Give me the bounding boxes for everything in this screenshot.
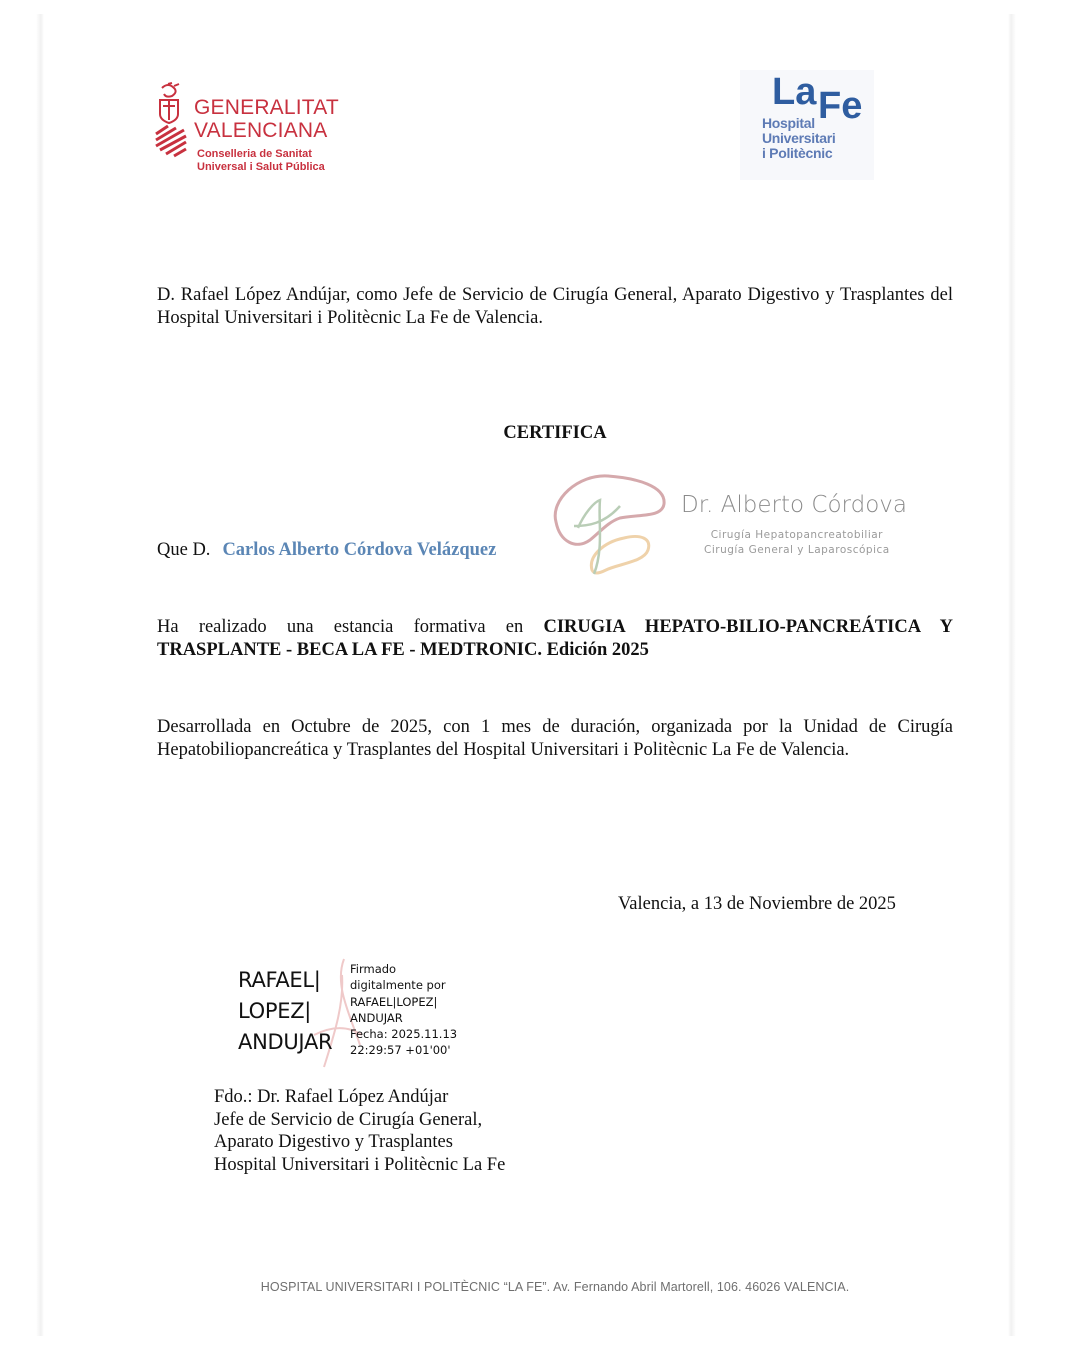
gva-title-line: GENERALITAT bbox=[194, 96, 339, 119]
estancia-paragraph: Ha realizado una estancia formativa en C… bbox=[157, 616, 953, 662]
signature-name-line: ANDUJAR bbox=[238, 1027, 332, 1058]
intro-paragraph: D. Rafael López Andújar, como Jefe de Se… bbox=[157, 284, 953, 330]
lafe-line: i Politècnic bbox=[762, 146, 835, 161]
signature-details: Firmado digitalmente por RAFAEL|LOPEZ| A… bbox=[350, 961, 457, 1059]
page-edge-left bbox=[36, 14, 44, 1336]
gva-title: GENERALITAT VALENCIANA bbox=[194, 96, 339, 142]
certifica-heading: CERTIFICA bbox=[0, 423, 1080, 444]
lafe-line: Universitari bbox=[762, 131, 835, 146]
recipient-name: Carlos Alberto Córdova Velázquez bbox=[222, 540, 496, 560]
signature-detail-line: RAFAEL|LOPEZ| bbox=[350, 994, 457, 1010]
signature-name-line: LOPEZ| bbox=[238, 996, 332, 1027]
watermark-sub-line: Cirugía General y Laparoscópica bbox=[704, 543, 890, 558]
signer-line: Aparato Digestivo y Trasplantes bbox=[214, 1131, 505, 1154]
lafe-lines: Hospital Universitari i Politècnic bbox=[762, 116, 835, 161]
watermark-title: Dr. Alberto Córdova bbox=[681, 492, 907, 518]
que-prefix: Que D. bbox=[157, 540, 210, 560]
signature-detail-line: digitalmente por bbox=[350, 977, 457, 993]
lafe-la: La bbox=[772, 72, 816, 112]
desarrollo-paragraph: Desarrollada en Octubre de 2025, con 1 m… bbox=[157, 716, 953, 762]
footer-address: HOSPITAL UNIVERSITARI I POLITÈCNIC “LA F… bbox=[0, 1280, 1080, 1294]
gva-sub-line: Universal i Salut Pública bbox=[197, 161, 325, 174]
signature-detail-line: ANDUJAR bbox=[350, 1010, 457, 1026]
signature-detail-line: Firmado bbox=[350, 961, 457, 977]
signature-name: RAFAEL| LOPEZ| ANDUJAR bbox=[238, 965, 332, 1058]
coat-of-arms-icon bbox=[154, 82, 188, 162]
signature-name-line: RAFAEL| bbox=[238, 965, 332, 996]
generalitat-valenciana-logo: GENERALITAT VALENCIANA Conselleria de Sa… bbox=[154, 82, 354, 182]
date-line: Valencia, a 13 de Noviembre de 2025 bbox=[618, 894, 896, 915]
watermark-subtitle: Cirugía Hepatopancreatobiliar Cirugía Ge… bbox=[704, 528, 890, 558]
dr-cordova-watermark: Dr. Alberto Córdova Cirugía Hepatopancre… bbox=[548, 470, 918, 580]
digital-signature[interactable]: RAFAEL| LOPEZ| ANDUJAR Firmado digitalme… bbox=[236, 955, 476, 1075]
signer-line: Fdo.: Dr. Rafael López Andújar bbox=[214, 1086, 505, 1109]
gva-title-line: VALENCIANA bbox=[194, 119, 339, 142]
signer-block: Fdo.: Dr. Rafael López Andújar Jefe de S… bbox=[214, 1086, 505, 1176]
signer-line: Hospital Universitari i Politècnic La Fe bbox=[214, 1154, 505, 1177]
la-fe-logo: La Fe Hospital Universitari i Politècnic bbox=[740, 70, 874, 180]
estancia-prefix: Ha realizado una estancia formativa en bbox=[157, 617, 543, 637]
liver-logo-icon bbox=[548, 470, 678, 580]
recipient-line: Que D.Carlos Alberto Córdova Velázquez bbox=[157, 540, 496, 561]
gva-sub-line: Conselleria de Sanitat bbox=[197, 148, 325, 161]
signature-detail-line: 22:29:57 +01'00' bbox=[350, 1042, 457, 1058]
page-edge-right bbox=[1008, 14, 1016, 1336]
signer-line: Jefe de Servicio de Cirugía General, bbox=[214, 1109, 505, 1132]
watermark-sub-line: Cirugía Hepatopancreatobiliar bbox=[704, 528, 890, 543]
signature-detail-line: Fecha: 2025.11.13 bbox=[350, 1026, 457, 1042]
gva-subtitle: Conselleria de Sanitat Universal i Salut… bbox=[197, 148, 325, 174]
lafe-line: Hospital bbox=[762, 116, 835, 131]
